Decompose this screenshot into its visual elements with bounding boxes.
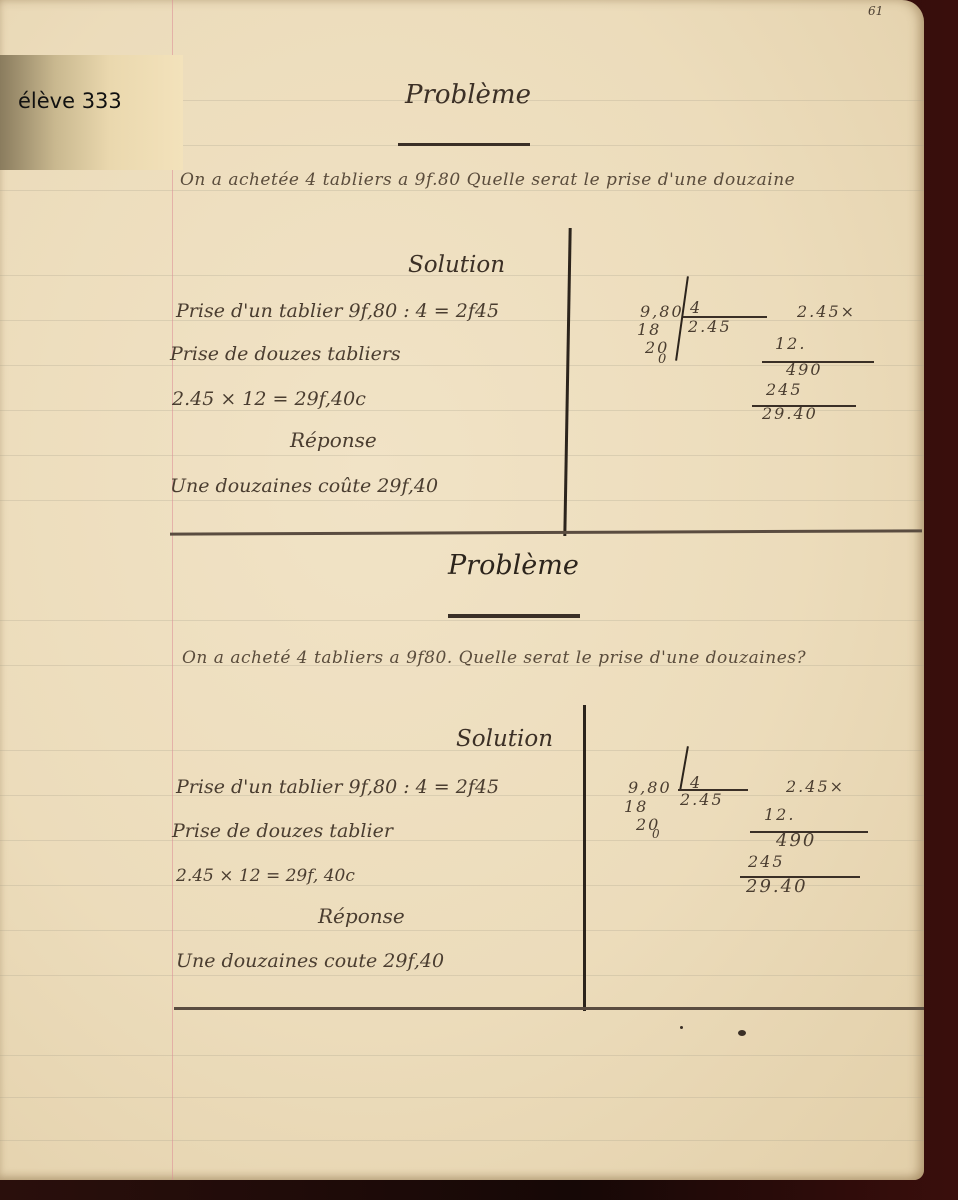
- solution-title: Solution: [408, 252, 505, 278]
- multiplier: 12.: [764, 805, 795, 824]
- ruled-line: [0, 1140, 924, 1141]
- remainder: 18: [637, 320, 661, 339]
- column-divider: [583, 705, 586, 1011]
- ruled-line: [0, 1055, 924, 1056]
- quotient: 2.45: [680, 790, 724, 809]
- ruled-line: [0, 620, 924, 621]
- answer-text: Une douzaines coute 29f,40: [176, 950, 444, 972]
- multiplier: 12.: [775, 334, 806, 353]
- product-result: 29.40: [762, 404, 818, 423]
- problem-title: Problème: [405, 80, 531, 110]
- solution-line: Prise d'un tablier 9f,80 : 4 = 2f45: [176, 300, 499, 322]
- division-bar: [679, 746, 689, 791]
- dividend: 9,80: [628, 778, 672, 797]
- product-result: 29.40: [746, 876, 808, 897]
- solution-line: 2.45 × 12 = 29f, 40c: [176, 866, 355, 886]
- solution-line: Prise de douzes tabliers: [170, 343, 401, 365]
- dividend: 9,80: [640, 302, 684, 321]
- solution-line: Prise de douzes tablier: [172, 820, 393, 842]
- ruled-line: [0, 190, 924, 191]
- ruled-line: [0, 500, 924, 501]
- margin-line: [172, 0, 173, 1180]
- solution-line: 2.45 × 12 = 29f,40c: [172, 388, 366, 410]
- multiplicand: 2.45×: [786, 777, 845, 796]
- partial-product: 245: [766, 380, 803, 399]
- student-label: élève 333: [0, 55, 183, 170]
- problem-statement: On a achetée 4 tabliers a 9f.80 Quelle s…: [180, 170, 795, 190]
- solution-line: Prise d'un tablier 9f,80 : 4 = 2f45: [176, 776, 499, 798]
- ruled-line: [0, 455, 924, 456]
- ruled-line: [0, 975, 924, 976]
- problem-statement: On a acheté 4 tabliers a 9f80. Quelle se…: [182, 648, 806, 668]
- answer-title: Réponse: [318, 904, 405, 928]
- remainder: 0: [652, 827, 662, 841]
- ruled-line: [0, 930, 924, 931]
- remainder: 18: [624, 797, 648, 816]
- ink-spot: [738, 1030, 746, 1036]
- partial-product: 245: [748, 852, 785, 871]
- student-label-text: élève 333: [18, 89, 122, 113]
- divisor: 4: [690, 298, 702, 317]
- quotient: 2.45: [688, 317, 732, 336]
- ruled-line: [0, 1097, 924, 1098]
- remainder: 0: [658, 352, 668, 367]
- problem-title: Problème: [448, 550, 579, 581]
- section-divider: [174, 1007, 924, 1010]
- partial-product: 490: [786, 360, 823, 379]
- answer-title: Réponse: [290, 428, 377, 452]
- ink-spot: [680, 1026, 683, 1029]
- partial-product: 490: [776, 830, 816, 851]
- answer-text: Une douzaines coûte 29f,40: [170, 475, 438, 497]
- notebook-page: 61 Problème On a achetée 4 tabliers a 9f…: [0, 0, 924, 1180]
- section-divider: [170, 529, 922, 535]
- title-underline: [398, 143, 530, 146]
- multiplicand: 2.45×: [797, 302, 856, 321]
- title-underline: [448, 614, 580, 618]
- page-number: 61: [868, 4, 883, 18]
- solution-title: Solution: [456, 726, 553, 752]
